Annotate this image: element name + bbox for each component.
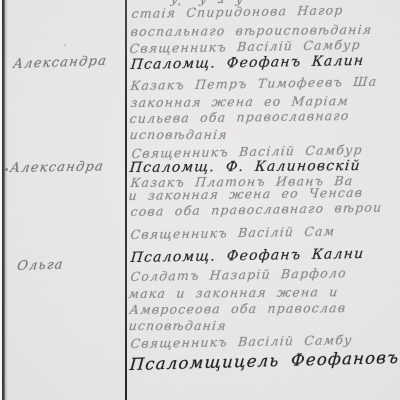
manuscript-line: сильева оба православнаго	[129, 108, 350, 126]
manuscript-line: исповѣданiя	[129, 127, 229, 142]
manuscript-line: стаiя Спиридонова Нагор	[131, 2, 344, 21]
column-divider-rule	[125, 0, 127, 400]
ink-speck	[64, 44, 66, 46]
ink-speck	[5, 168, 8, 171]
manuscript-line: сова оба православнаго вѣрои	[130, 200, 383, 219]
manuscript-line: Псаломщицель Феофановъ Ка	[129, 347, 400, 374]
manuscript-line: Казакъ Петръ Тимофеевъ Ша	[130, 74, 378, 93]
name-entry: Ольга	[16, 257, 65, 274]
name-entry: Александра	[9, 159, 105, 176]
left-border-rule-shadow	[5, 0, 7, 400]
manuscript-line: Солдатъ Назарiй Варфоло	[130, 265, 348, 284]
manuscript-line: исповѣданiя	[128, 318, 228, 333]
manuscript-line: Священникъ Васiлiй Самбу	[130, 332, 353, 351]
manuscript-line: Священникъ Васiлiй Сам	[130, 223, 336, 242]
manuscript-line: Псаломщ. Феофанъ Калин	[130, 53, 365, 73]
manuscript-line: мака и законная жена и	[128, 284, 339, 301]
name-entry: Александра	[12, 54, 108, 72]
manuscript-line: Амвросеова оба православ	[129, 300, 347, 317]
manuscript-line: Псаломщ. Феофанъ Кални	[130, 246, 365, 266]
register-page-scan: Александра Александра Ольга у ̨ у ɹ у ст…	[0, 0, 400, 400]
